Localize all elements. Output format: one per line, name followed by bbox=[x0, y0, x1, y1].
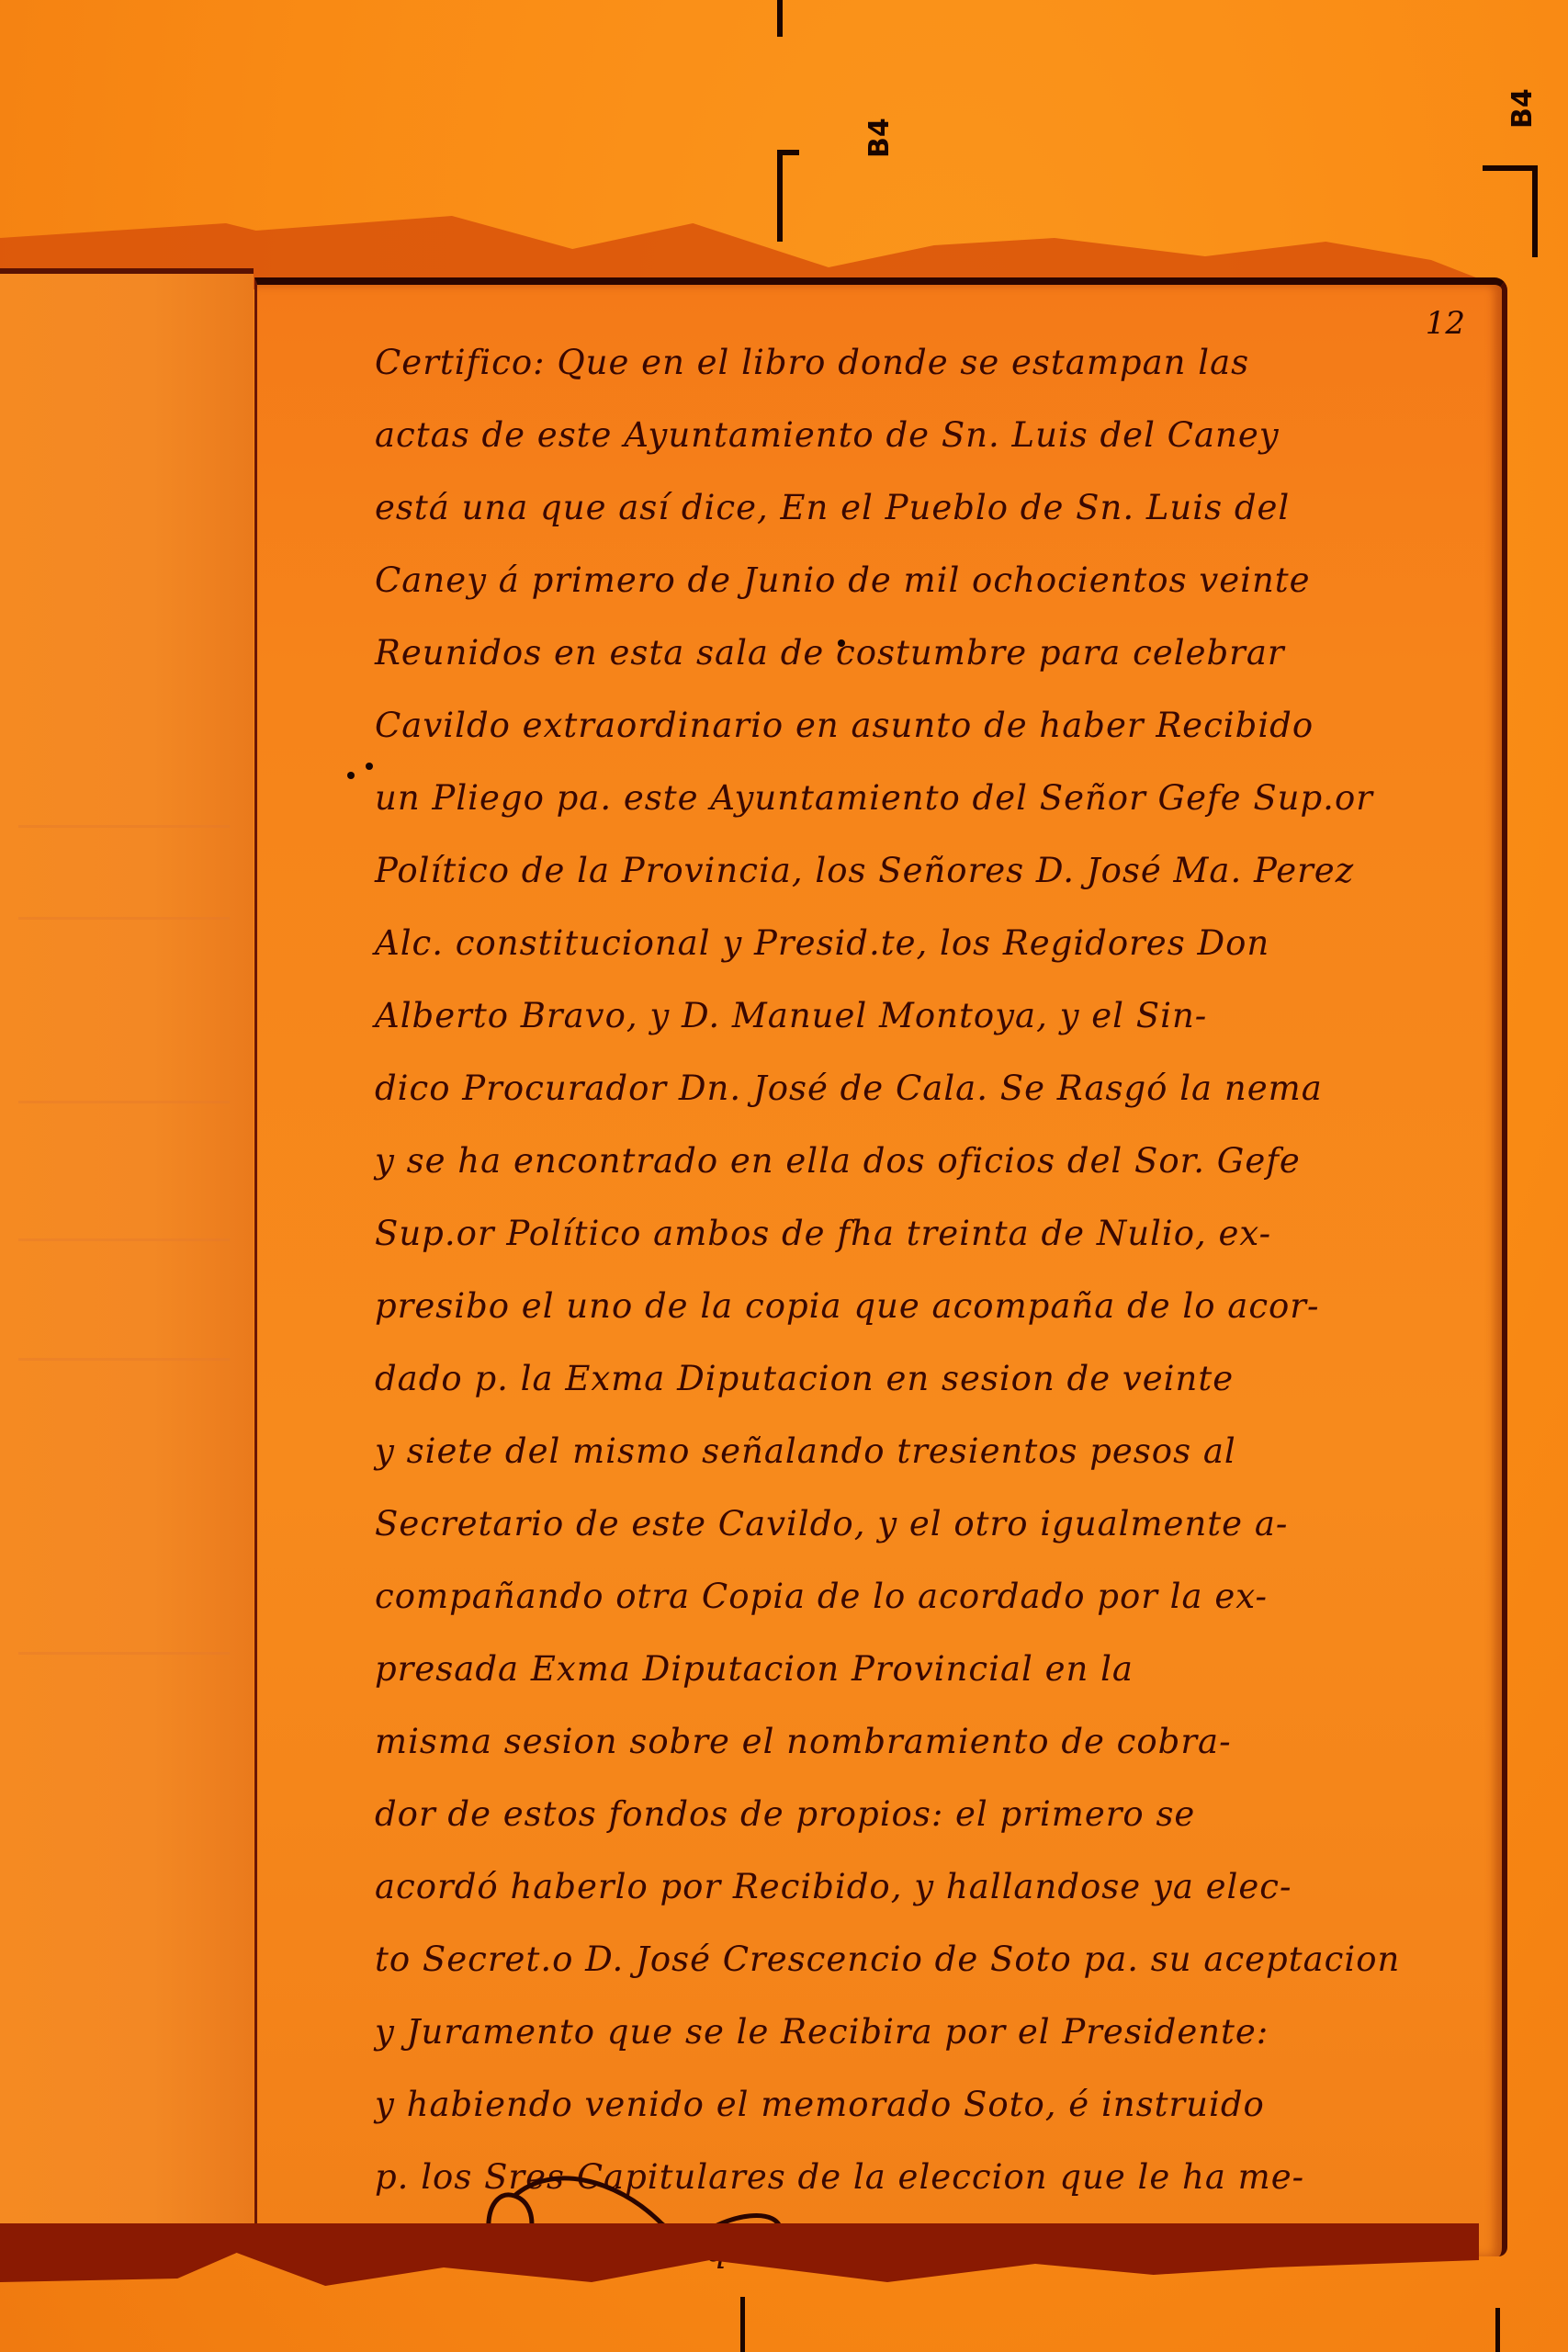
text-line: misma sesion sobre el nombramiento de co… bbox=[375, 1705, 1477, 1778]
registration-mark-right-bracket-v bbox=[1532, 165, 1538, 257]
text-line: dor de estos fondos de propios: el prime… bbox=[375, 1778, 1477, 1850]
registration-mark-center-vertical bbox=[777, 0, 783, 37]
text-line: Sup.or Político ambos de fha treinta de … bbox=[375, 1197, 1477, 1270]
text-line: Político de la Provincia, los Señores D.… bbox=[375, 834, 1477, 907]
ink-spot bbox=[347, 772, 355, 779]
text-line: compañando otra Copia de lo acordado por… bbox=[375, 1560, 1477, 1633]
text-line: Secretario de este Cavildo, y el otro ig… bbox=[375, 1487, 1477, 1560]
text-line: está una que así dice, En el Pueblo de S… bbox=[375, 471, 1477, 544]
page-shadow-bottom bbox=[0, 2223, 1479, 2297]
text-line: presada Exma Diputacion Provincial en la bbox=[375, 1633, 1477, 1705]
ink-spot bbox=[366, 763, 373, 770]
manuscript-text: Certifico: Que en el libro donde se esta… bbox=[375, 326, 1477, 2286]
text-line: y se ha encontrado en ella dos oficios d… bbox=[375, 1125, 1477, 1197]
text-line: y siete del mismo señalando tresientos p… bbox=[375, 1415, 1477, 1487]
registration-mark-right-bracket-h bbox=[1483, 165, 1538, 171]
text-line: dico Procurador Dn. José de Cala. Se Ras… bbox=[375, 1052, 1477, 1125]
registration-label-center: B4 bbox=[863, 118, 896, 158]
ink-spot bbox=[838, 639, 845, 647]
text-line: y Juramento que se le Recibira por el Pr… bbox=[375, 1996, 1477, 2068]
registration-mark-center-bracket-v bbox=[777, 150, 783, 242]
text-line: Caney á primero de Junio de mil ochocien… bbox=[375, 544, 1477, 616]
text-line: actas de este Ayuntamiento de Sn. Luis d… bbox=[375, 399, 1477, 471]
text-line: presibo el uno de la copia que acompaña … bbox=[375, 1270, 1477, 1342]
left-page bbox=[0, 268, 254, 2249]
manuscript-page: 12 Certifico: Que en el libro donde se e… bbox=[254, 277, 1507, 2256]
text-line: Certifico: Que en el libro donde se esta… bbox=[375, 326, 1477, 399]
text-line: Alc. constitucional y Presid.te, los Reg… bbox=[375, 907, 1477, 979]
text-line: Reunidos en esta sala de costumbre para … bbox=[375, 616, 1477, 689]
text-line: to Secret.o D. José Crescencio de Soto p… bbox=[375, 1923, 1477, 1996]
registration-mark-bottom-left bbox=[740, 2297, 745, 2352]
registration-mark-center-bracket-h bbox=[777, 150, 799, 155]
registration-label-right: B4 bbox=[1506, 88, 1539, 129]
text-line: Cavildo extraordinario en asunto de habe… bbox=[375, 689, 1477, 762]
text-line: Alberto Bravo, y D. Manuel Montoya, y el… bbox=[375, 979, 1477, 1052]
text-line: un Pliego pa. este Ayuntamiento del Seño… bbox=[375, 762, 1477, 834]
text-line: acordó haberlo por Recibido, y hallandos… bbox=[375, 1850, 1477, 1923]
text-line: dado p. la Exma Diputacion en sesion de … bbox=[375, 1342, 1477, 1415]
text-line: y habiendo venido el memorado Soto, é in… bbox=[375, 2068, 1477, 2141]
registration-mark-bottom-right bbox=[1495, 2308, 1500, 2352]
